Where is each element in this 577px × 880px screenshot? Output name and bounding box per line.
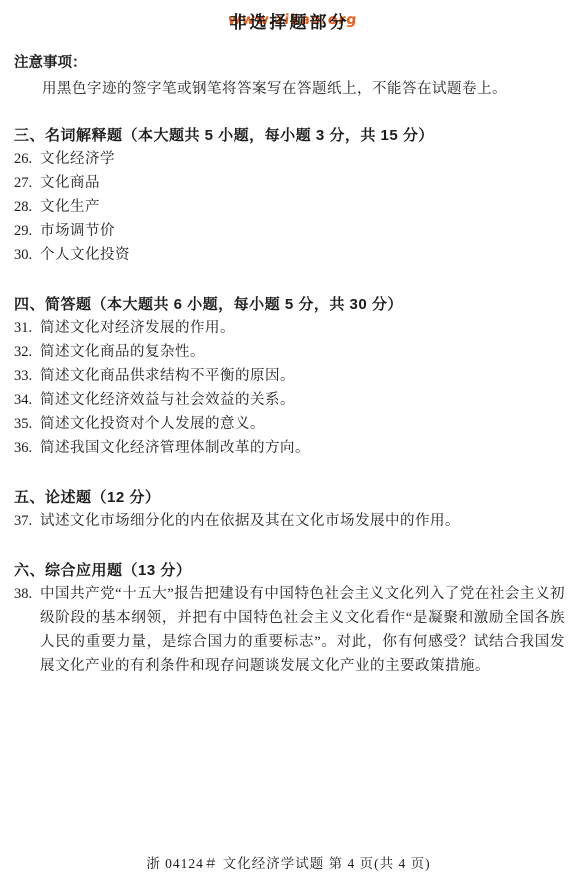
- section-short-answer: 四、简答题（本大题共 6 小题，每小题 5 分，共 30 分） 31. 简述文化…: [14, 293, 565, 460]
- section-heading: 六、综合应用题（13 分）: [14, 559, 565, 580]
- section-heading: 五、论述题（12 分）: [14, 486, 565, 507]
- question-number: 28.: [14, 195, 40, 219]
- question-text: 简述我国文化经济管理体制改革的方向。: [40, 436, 565, 460]
- exam-paper-page: www.zikao.org 非选择题部分 注意事项： 用黑色字迹的签字笔或钢笔将…: [0, 0, 577, 880]
- title-area: www.zikao.org 非选择题部分: [14, 8, 565, 38]
- section-heading: 四、简答题（本大题共 6 小题，每小题 5 分，共 30 分）: [14, 293, 565, 314]
- question-text: 简述文化对经济发展的作用。: [40, 316, 565, 340]
- question-text: 简述文化投资对个人发展的意义。: [40, 412, 565, 436]
- question-number: 31.: [14, 316, 40, 340]
- question-text: 简述文化经济效益与社会效益的关系。: [40, 388, 565, 412]
- section-term-definitions: 三、名词解释题（本大题共 5 小题，每小题 3 分，共 15 分） 26. 文化…: [14, 124, 565, 267]
- question-number: 29.: [14, 219, 40, 243]
- question-number: 33.: [14, 364, 40, 388]
- question-text: 中国共产党“十五大”报告把建设有中国特色社会主义文化列入了党在社会主义初级阶段的…: [40, 582, 565, 678]
- question-item: 30. 个人文化投资: [14, 243, 565, 267]
- section-heading: 三、名词解释题（本大题共 5 小题，每小题 3 分，共 15 分）: [14, 124, 565, 145]
- question-text: 简述文化商品的复杂性。: [40, 340, 565, 364]
- question-text: 文化商品: [40, 171, 565, 195]
- section-comprehensive-application: 六、综合应用题（13 分） 38. 中国共产党“十五大”报告把建设有中国特色社会…: [14, 559, 565, 678]
- page-footer: 浙 04124＃ 文化经济学试题 第 4 页(共 4 页): [0, 852, 577, 872]
- question-number: 34.: [14, 388, 40, 412]
- notice-label: 注意事项：: [14, 51, 565, 72]
- question-item: 36. 简述我国文化经济管理体制改革的方向。: [14, 436, 565, 460]
- question-item: 38. 中国共产党“十五大”报告把建设有中国特色社会主义文化列入了党在社会主义初…: [14, 582, 565, 678]
- question-number: 38.: [14, 582, 40, 606]
- question-item: 31. 简述文化对经济发展的作用。: [14, 316, 565, 340]
- question-item: 35. 简述文化投资对个人发展的意义。: [14, 412, 565, 436]
- question-number: 32.: [14, 340, 40, 364]
- question-text: 市场调节价: [40, 219, 565, 243]
- question-text: 试述文化市场细分化的内在依据及其在文化市场发展中的作用。: [40, 509, 565, 533]
- question-text: 文化生产: [40, 195, 565, 219]
- question-item: 34. 简述文化经济效益与社会效益的关系。: [14, 388, 565, 412]
- question-item: 29. 市场调节价: [14, 219, 565, 243]
- question-text: 文化经济学: [40, 147, 565, 171]
- notice-text: 用黑色字迹的签字笔或钢笔将答案写在答题纸上，不能答在试题卷上。: [14, 77, 565, 98]
- question-item: 27. 文化商品: [14, 171, 565, 195]
- question-item: 28. 文化生产: [14, 195, 565, 219]
- question-text: 个人文化投资: [40, 243, 565, 267]
- question-text: 简述文化商品供求结构不平衡的原因。: [40, 364, 565, 388]
- question-item: 37. 试述文化市场细分化的内在依据及其在文化市场发展中的作用。: [14, 509, 565, 533]
- question-item: 33. 简述文化商品供求结构不平衡的原因。: [14, 364, 565, 388]
- question-number: 27.: [14, 171, 40, 195]
- question-item: 26. 文化经济学: [14, 147, 565, 171]
- question-item: 32. 简述文化商品的复杂性。: [14, 340, 565, 364]
- question-number: 37.: [14, 509, 40, 533]
- section-essay: 五、论述题（12 分） 37. 试述文化市场细分化的内在依据及其在文化市场发展中…: [14, 486, 565, 533]
- question-number: 35.: [14, 412, 40, 436]
- question-number: 36.: [14, 436, 40, 460]
- page-title: 非选择题部分: [230, 8, 350, 33]
- question-number: 26.: [14, 147, 40, 171]
- question-number: 30.: [14, 243, 40, 267]
